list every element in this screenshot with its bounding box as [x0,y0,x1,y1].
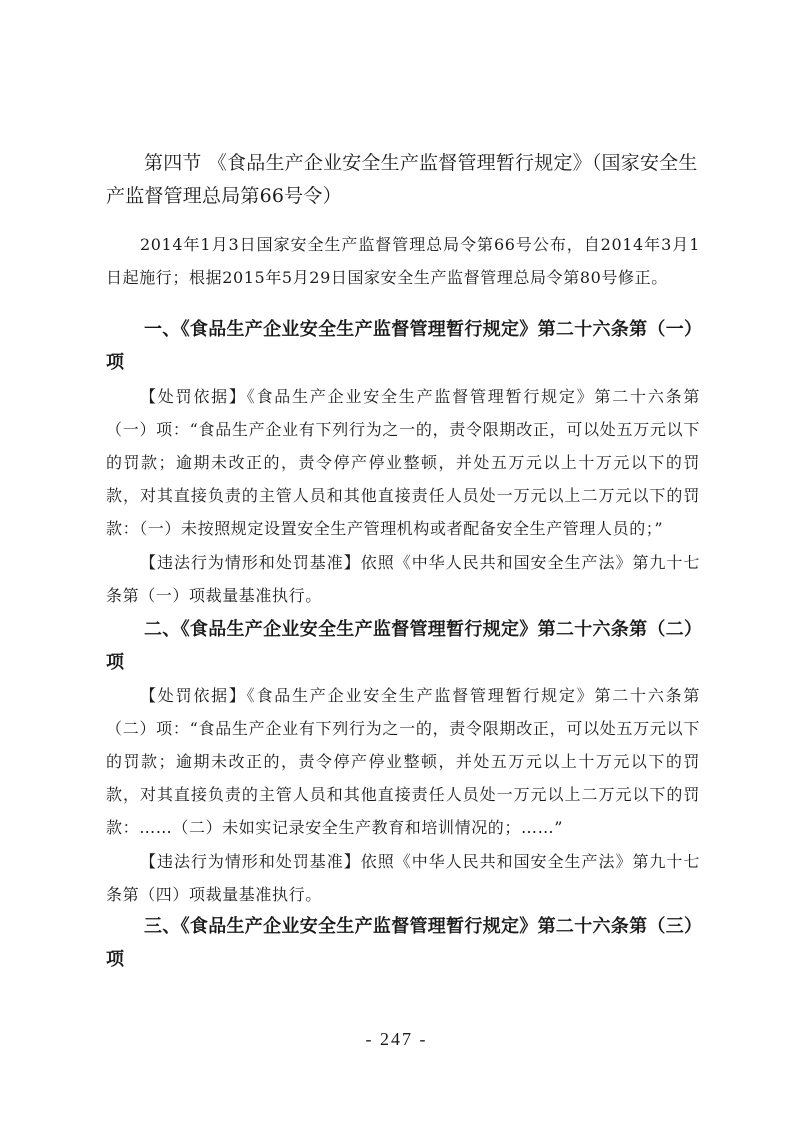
section-title-main: 第四节 《食品生产企业安全生产监督管理暂行规定》 [144,152,592,174]
section-title: 第四节 《食品生产企业安全生产监督管理暂行规定》（国家安全生产监督管理总局第66… [106,147,700,213]
penalty-standard-1: 【违法行为情形和处罚基准】依照《中华人民共和国安全生产法》第九十七条第（一）项裁… [106,546,700,612]
penalty-basis-1: 【处罚依据】《食品生产企业安全生产监督管理暂行规定》第二十六条第（一）项：“食品… [106,380,700,545]
penalty-standard-2: 【违法行为情形和处罚基准】依照《中华人民共和国安全生产法》第九十七条第（四）项裁… [106,845,700,911]
page-number: - 247 - [0,1029,793,1050]
penalty-basis-2: 【处罚依据】《食品生产企业安全生产监督管理暂行规定》第二十六条第（二）项：“食品… [106,679,700,844]
item-heading-3: 三、《食品生产企业安全生产监督管理暂行规定》第二十六条第（三）项 [106,910,700,976]
item-heading-2: 二、《食品生产企业安全生产监督管理暂行规定》第二十六条第（二）项 [106,613,700,679]
item-heading-1: 一、《食品生产企业安全生产监督管理暂行规定》第二十六条第（一）项 [106,313,700,379]
intro-paragraph: 2014年1月3日国家安全生产监督管理总局令第66号公布，自2014年3月1日起… [106,228,700,294]
